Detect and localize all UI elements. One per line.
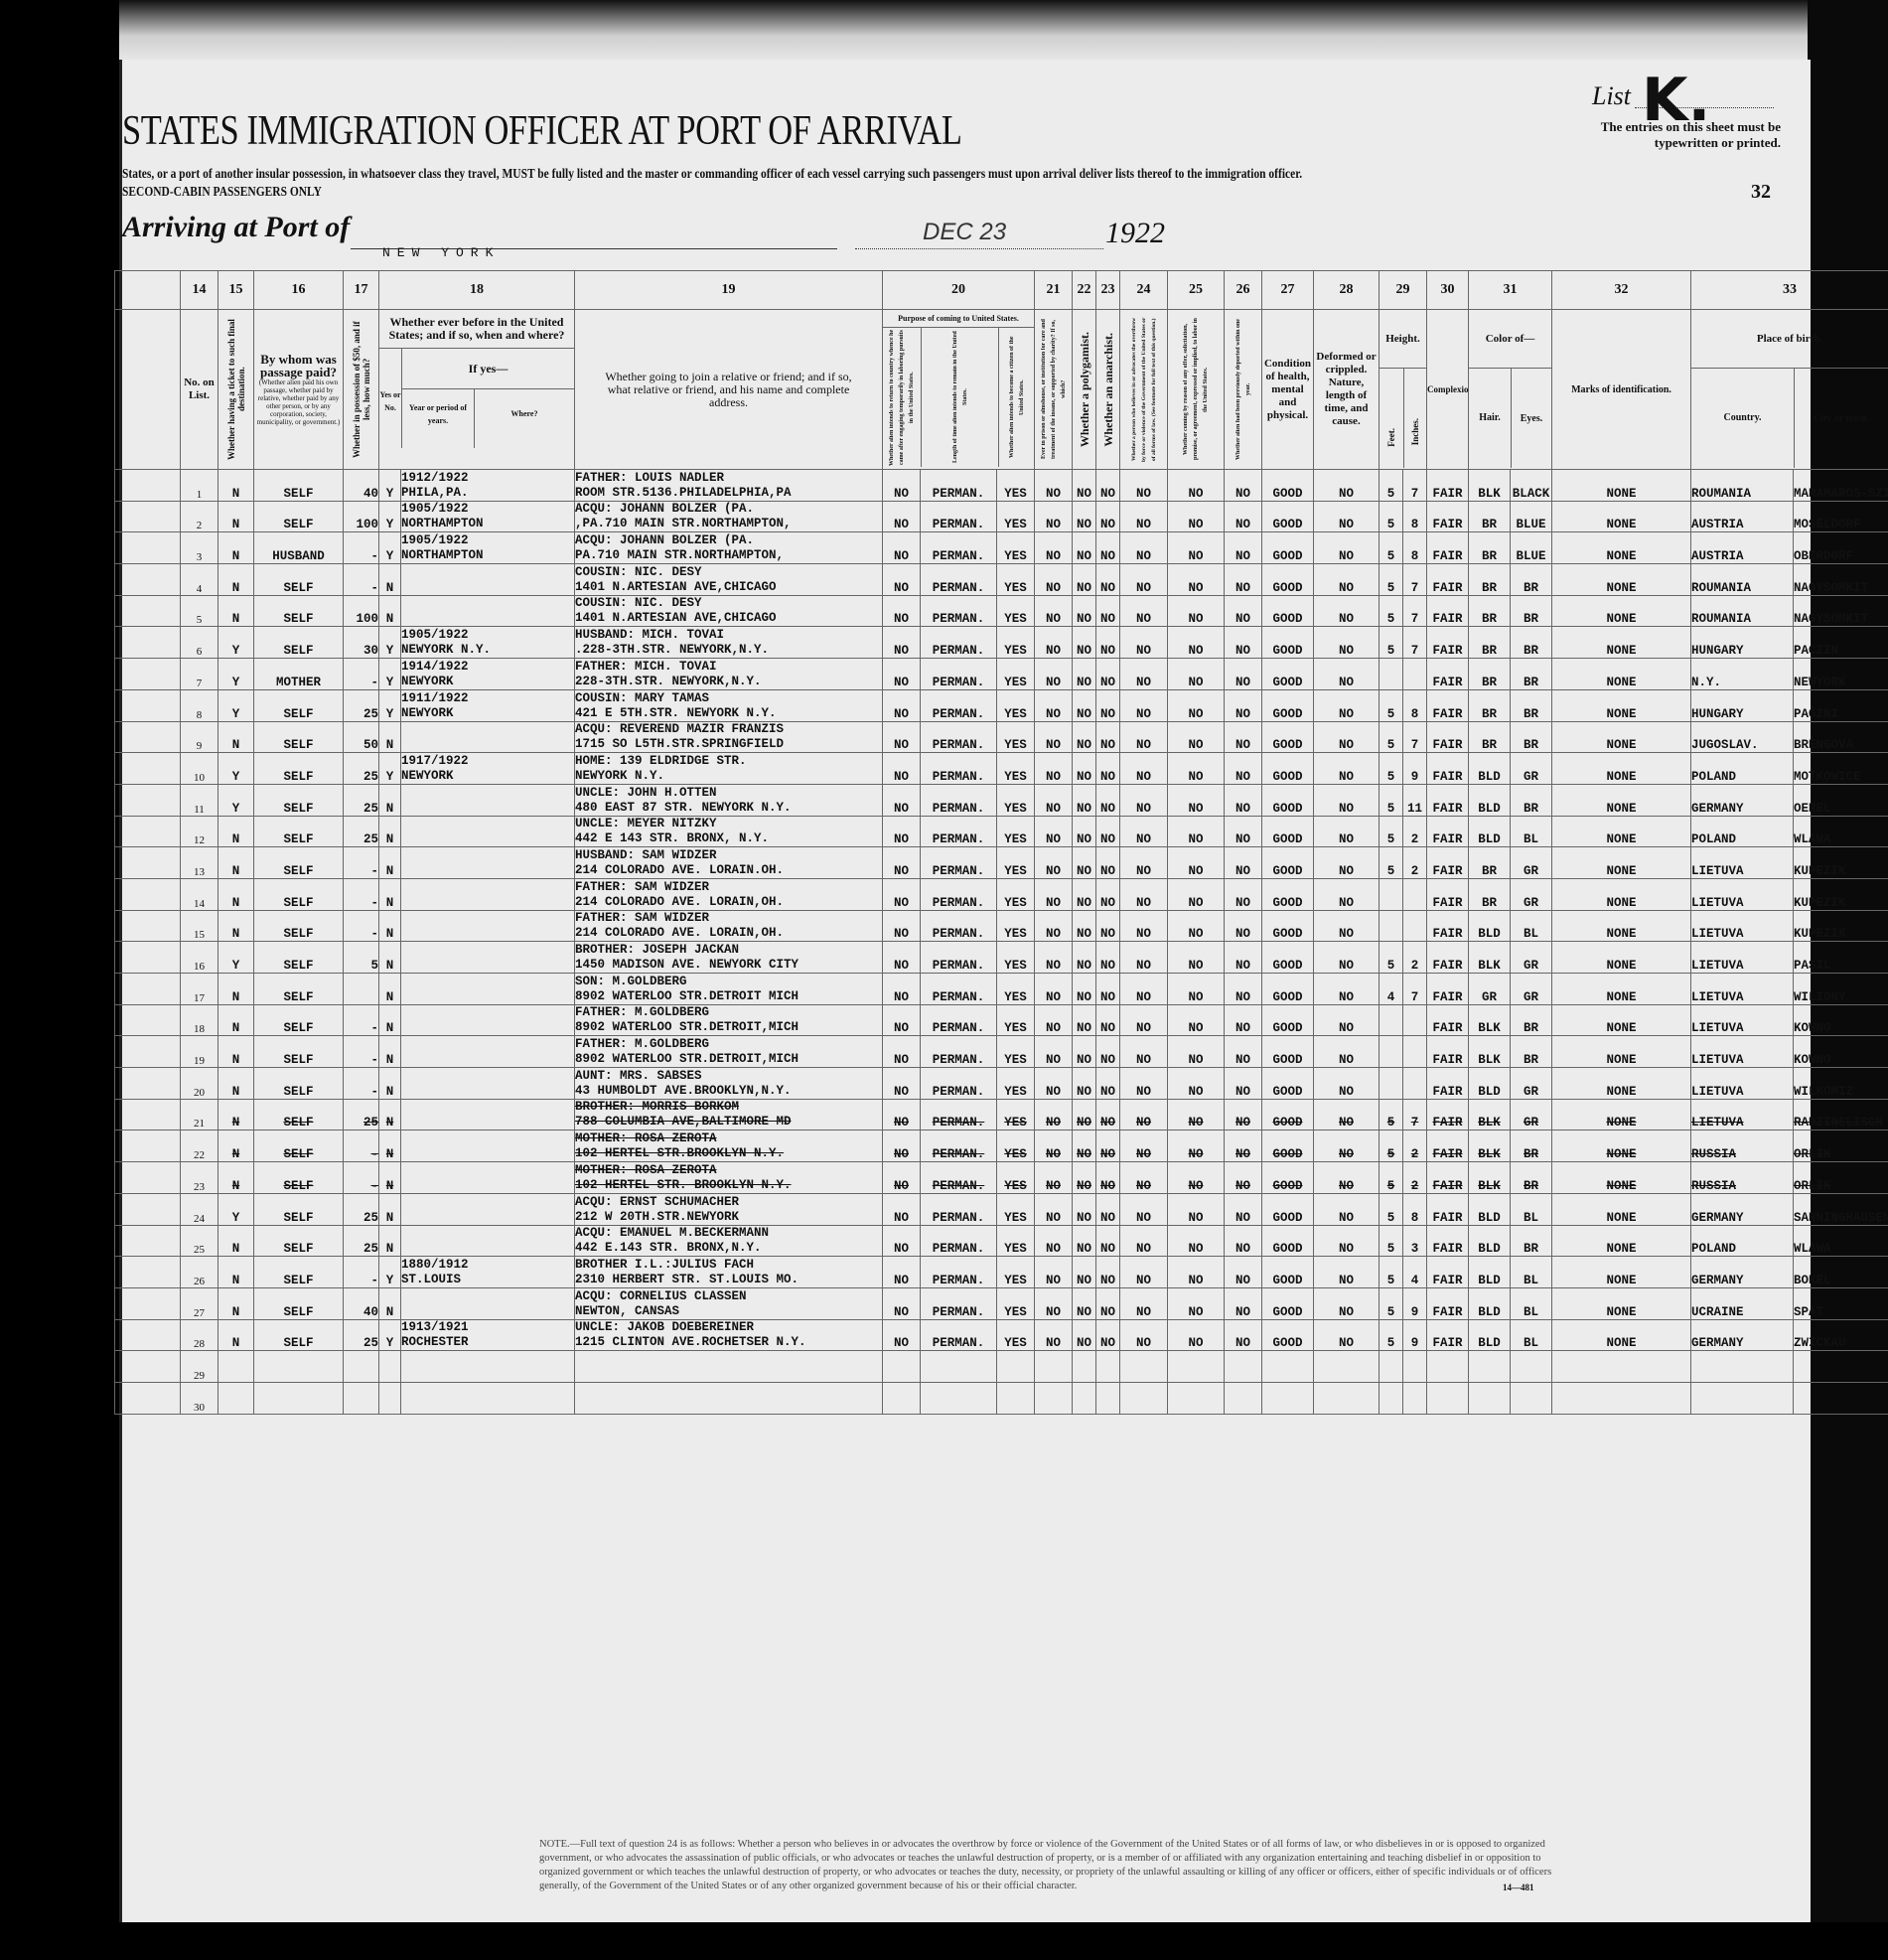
col-24-number: 24 bbox=[1120, 271, 1168, 310]
cell-hair: BLD bbox=[1469, 784, 1511, 816]
col-26-number: 26 bbox=[1225, 271, 1262, 310]
cell-advocates: NO bbox=[1120, 564, 1168, 596]
header-prison: Ever in prison or almshouse, or institut… bbox=[1039, 315, 1069, 464]
table-row: 12 N SELF 25 N UNCLE: MEYER NITZKY442 E … bbox=[115, 816, 1888, 847]
table-row: 10 Y SELF 25 Y 1917/1922NEWYORK HOME: 13… bbox=[115, 753, 1888, 785]
page-title: STATES IMMIGRATION OFFICER AT PORT OF AR… bbox=[122, 107, 962, 155]
cell-inches: 2 bbox=[1403, 1131, 1427, 1162]
cell-country: LIETUVA bbox=[1691, 1004, 1794, 1036]
cell-deported: NO bbox=[1225, 784, 1262, 816]
cell-intends-return: NO bbox=[883, 753, 921, 785]
cell-polygamist: NO bbox=[1073, 1131, 1096, 1162]
cell-anarchist: NO bbox=[1096, 1193, 1120, 1225]
cell-line-number: 26 bbox=[181, 1257, 218, 1288]
entries-note: The entries on this sheet must be typewr… bbox=[1552, 119, 1781, 151]
cell-money: - bbox=[344, 564, 379, 596]
cell-intends-citizen: YES bbox=[997, 942, 1035, 974]
cell-intends-citizen: YES bbox=[997, 1319, 1035, 1351]
cell-country: UCRAINE bbox=[1691, 1287, 1794, 1319]
cell-relative-address: 8902 WATERLOO STR.DETROIT,MICH bbox=[575, 1020, 882, 1035]
cell-eyes bbox=[1511, 1382, 1552, 1414]
cell-ticket: N bbox=[218, 564, 254, 596]
cell-before-where: NEWYORK bbox=[401, 769, 574, 784]
cell-anarchist: NO bbox=[1096, 1004, 1120, 1036]
cell-prison: NO bbox=[1035, 784, 1073, 816]
cell-marks: NONE bbox=[1552, 532, 1691, 564]
cell-health: GOOD bbox=[1262, 501, 1314, 532]
cell-intends-citizen: YES bbox=[997, 1036, 1035, 1068]
cell-city: BOKEL bbox=[1794, 1257, 1888, 1288]
cell-ticket: N bbox=[218, 1131, 254, 1162]
col-32-number: 32 bbox=[1552, 271, 1691, 310]
cell-feet: 5 bbox=[1380, 689, 1403, 721]
cell-line-number: 3 bbox=[181, 532, 218, 564]
cell-money: 30 bbox=[344, 627, 379, 659]
cell-marks: NONE bbox=[1552, 564, 1691, 596]
cell-polygamist: NO bbox=[1073, 1319, 1096, 1351]
cell-country: LIETUVA bbox=[1691, 942, 1794, 974]
cell-intends-return: NO bbox=[883, 1193, 921, 1225]
cell-hair: BLK bbox=[1469, 1131, 1511, 1162]
cell-marks: NONE bbox=[1552, 1257, 1691, 1288]
header-passage-paid-note: (Whether alien paid his own passage, whe… bbox=[254, 378, 343, 426]
cell-before-yes-no: Y bbox=[379, 532, 401, 564]
arrival-date: DEC 23 bbox=[923, 219, 1006, 246]
cell-before-yes-no: N bbox=[379, 847, 401, 879]
cell-marks: NONE bbox=[1552, 721, 1691, 753]
cell-before-yes-no: Y bbox=[379, 659, 401, 690]
cell-before-yes-no: N bbox=[379, 564, 401, 596]
cell-anarchist: NO bbox=[1096, 659, 1120, 690]
cell-prison: NO bbox=[1035, 689, 1073, 721]
cell-complexion: FAIR bbox=[1427, 816, 1469, 847]
cell-deported: NO bbox=[1225, 1319, 1262, 1351]
cell-prison: NO bbox=[1035, 878, 1073, 910]
cell-line-number: 7 bbox=[181, 659, 218, 690]
cell-prison: NO bbox=[1035, 1068, 1073, 1100]
cell-deformed bbox=[1314, 1382, 1380, 1414]
cell-city: KOWNO bbox=[1794, 1036, 1888, 1068]
cell-paid-by: SELF bbox=[254, 689, 344, 721]
cell-health: GOOD bbox=[1262, 1225, 1314, 1257]
cell-deported: NO bbox=[1225, 627, 1262, 659]
table-row: 9 N SELF 50 N ACQU: REVEREND MAZIR FRANZ… bbox=[115, 721, 1888, 753]
cell-prison: NO bbox=[1035, 1162, 1073, 1194]
cell-eyes: GR bbox=[1511, 753, 1552, 785]
cell-marks: NONE bbox=[1552, 1068, 1691, 1100]
cell-line-number: 28 bbox=[181, 1319, 218, 1351]
cell-inches bbox=[1403, 910, 1427, 942]
cell-polygamist: NO bbox=[1073, 942, 1096, 974]
cell-labor-offer: NO bbox=[1168, 753, 1225, 785]
cell-feet bbox=[1380, 1004, 1403, 1036]
cell-deformed: NO bbox=[1314, 1287, 1380, 1319]
cell-length-stay: PERMAN. bbox=[921, 753, 997, 785]
cell-deported bbox=[1225, 1382, 1262, 1414]
cell-relative-name: FATHER: M.GOLDBERG bbox=[575, 1005, 882, 1020]
cell-labor-offer: NO bbox=[1168, 1099, 1225, 1131]
cell-labor-offer: NO bbox=[1168, 1225, 1225, 1257]
cell-advocates: NO bbox=[1120, 1068, 1168, 1100]
cell-ticket: Y bbox=[218, 784, 254, 816]
cell-country: POLAND bbox=[1691, 1225, 1794, 1257]
cell-hair: BLD bbox=[1469, 1225, 1511, 1257]
cell-inches bbox=[1403, 1382, 1427, 1414]
cell-paid-by: SELF bbox=[254, 753, 344, 785]
cell-feet: 5 bbox=[1380, 816, 1403, 847]
cell-health: GOOD bbox=[1262, 1193, 1314, 1225]
passenger-class-label: SECOND-CABIN PASSENGERS ONLY bbox=[122, 185, 322, 201]
cell-before-yes-no: N bbox=[379, 1193, 401, 1225]
cell-eyes: BR bbox=[1511, 721, 1552, 753]
cell-ticket bbox=[218, 1351, 254, 1383]
cell-prison: NO bbox=[1035, 847, 1073, 879]
cell-deformed: NO bbox=[1314, 532, 1380, 564]
cell-anarchist: NO bbox=[1096, 564, 1120, 596]
cell-hair: BR bbox=[1469, 878, 1511, 910]
cell-intends-return: NO bbox=[883, 784, 921, 816]
cell-before-yes-no: N bbox=[379, 816, 401, 847]
cell-ticket: Y bbox=[218, 627, 254, 659]
cell-city: WLAWA bbox=[1794, 1225, 1888, 1257]
table-row: 28 N SELF 25 Y 1913/1921ROCHESTER UNCLE:… bbox=[115, 1319, 1888, 1351]
cell-line-number: 15 bbox=[181, 910, 218, 942]
cell-complexion: FAIR bbox=[1427, 784, 1469, 816]
cell-eyes: BL bbox=[1511, 910, 1552, 942]
cell-labor-offer: NO bbox=[1168, 501, 1225, 532]
col-15-number: 15 bbox=[218, 271, 254, 310]
cell-labor-offer: NO bbox=[1168, 1004, 1225, 1036]
cell-intends-return: NO bbox=[883, 878, 921, 910]
cell-before-yes-no: N bbox=[379, 784, 401, 816]
cell-hair: BLK bbox=[1469, 942, 1511, 974]
cell-intends-return: NO bbox=[883, 1068, 921, 1100]
cell-before-yes-no: N bbox=[379, 942, 401, 974]
cell-polygamist: NO bbox=[1073, 1036, 1096, 1068]
cell-deported: NO bbox=[1225, 847, 1262, 879]
cell-deformed: NO bbox=[1314, 1099, 1380, 1131]
cell-labor-offer: NO bbox=[1168, 564, 1225, 596]
cell-ticket: Y bbox=[218, 659, 254, 690]
cell-deported: NO bbox=[1225, 1193, 1262, 1225]
cell-ticket bbox=[218, 1382, 254, 1414]
cell-money bbox=[344, 1382, 379, 1414]
cell-before-years: 1880/1912 bbox=[401, 1258, 574, 1273]
table-row: 17 N SELF N SON: M.GOLDBERG8902 WATERLOO… bbox=[115, 974, 1888, 1005]
cell-hair bbox=[1469, 1351, 1511, 1383]
table-row: 30 bbox=[115, 1382, 1888, 1414]
header-join-relative: Whether going to join a relative or frie… bbox=[575, 310, 883, 470]
cell-eyes: BL bbox=[1511, 1193, 1552, 1225]
cell-ticket: N bbox=[218, 847, 254, 879]
cell-relative-name: UNCLE: MEYER NITZKY bbox=[575, 817, 882, 831]
cell-eyes: BL bbox=[1511, 1319, 1552, 1351]
cell-paid-by: HUSBAND bbox=[254, 532, 344, 564]
cell-before-yes-no: N bbox=[379, 910, 401, 942]
cell-labor-offer: NO bbox=[1168, 1131, 1225, 1162]
cell-country: GERMANY bbox=[1691, 1257, 1794, 1288]
cell-prison: NO bbox=[1035, 721, 1073, 753]
cell-relative-address: 442 E 143 STR. BRONX, N.Y. bbox=[575, 831, 882, 846]
cell-feet: 5 bbox=[1380, 1162, 1403, 1194]
cell-intends-return: NO bbox=[883, 470, 921, 502]
cell-money bbox=[344, 974, 379, 1005]
table-row: 21 N SELF 25 N BROTHER: MORRIS BORKOM788… bbox=[115, 1099, 1888, 1131]
cell-health: GOOD bbox=[1262, 878, 1314, 910]
cell-inches: 8 bbox=[1403, 1193, 1427, 1225]
cell-feet bbox=[1380, 1382, 1403, 1414]
table-row: 6 Y SELF 30 Y 1905/1922NEWYORK N.Y. HUSB… bbox=[115, 627, 1888, 659]
cell-deported: NO bbox=[1225, 942, 1262, 974]
cell-city: PAGZNI bbox=[1794, 689, 1888, 721]
cell-advocates: NO bbox=[1120, 470, 1168, 502]
cell-health: GOOD bbox=[1262, 595, 1314, 627]
cell-intends-return: NO bbox=[883, 847, 921, 879]
table-row: 18 N SELF - N FATHER: M.GOLDBERG8902 WAT… bbox=[115, 1004, 1888, 1036]
cell-before-years: 1913/1921 bbox=[401, 1320, 574, 1335]
cell-marks: NONE bbox=[1552, 1004, 1691, 1036]
cell-relative-name: HOME: 139 ELDRIDGE STR. bbox=[575, 754, 882, 769]
cell-country: RUSSIA bbox=[1691, 1131, 1794, 1162]
header-city: City or town. bbox=[1795, 412, 1888, 425]
table-row: 22 N SELF - N MOTHER: ROSA ZEROTA102 HER… bbox=[115, 1131, 1888, 1162]
cell-length-stay: PERMAN. bbox=[921, 1004, 997, 1036]
cell-health bbox=[1262, 1351, 1314, 1383]
cell-hair: BLK bbox=[1469, 1099, 1511, 1131]
cell-relative-address: 1715 SO L5TH.STR.SPRINGFIELD bbox=[575, 737, 882, 752]
cell-deformed: NO bbox=[1314, 501, 1380, 532]
cell-health: GOOD bbox=[1262, 1036, 1314, 1068]
cell-polygamist: NO bbox=[1073, 753, 1096, 785]
cell-intends-citizen: YES bbox=[997, 689, 1035, 721]
cell-anarchist: NO bbox=[1096, 1319, 1120, 1351]
cell-health: GOOD bbox=[1262, 1319, 1314, 1351]
cell-deported: NO bbox=[1225, 1287, 1262, 1319]
header-marks: Marks of identification. bbox=[1552, 310, 1691, 470]
cell-city: KOWNO bbox=[1794, 1004, 1888, 1036]
cell-country: RUSSIA bbox=[1691, 1162, 1794, 1194]
cell-advocates bbox=[1120, 1382, 1168, 1414]
cell-line-number: 30 bbox=[181, 1382, 218, 1414]
cell-marks: NONE bbox=[1552, 1193, 1691, 1225]
cell-before-where: NEWYORK bbox=[401, 675, 574, 689]
cell-complexion: FAIR bbox=[1427, 721, 1469, 753]
form-number: 14—481 bbox=[1503, 1883, 1534, 1892]
cell-eyes: BL bbox=[1511, 1287, 1552, 1319]
cell-intends-citizen: YES bbox=[997, 1004, 1035, 1036]
col-21-number: 21 bbox=[1035, 271, 1073, 310]
cell-before-yes-no: N bbox=[379, 1131, 401, 1162]
cell-city bbox=[1794, 1382, 1888, 1414]
cell-polygamist: NO bbox=[1073, 1099, 1096, 1131]
port-value: NEW YORK bbox=[382, 245, 500, 260]
cell-deported: NO bbox=[1225, 816, 1262, 847]
cell-country: HUNGARY bbox=[1691, 689, 1794, 721]
cell-money: 25 bbox=[344, 689, 379, 721]
cell-line-number: 19 bbox=[181, 1036, 218, 1068]
cell-inches: 2 bbox=[1403, 847, 1427, 879]
cell-city: NAGYSOMKIT bbox=[1794, 595, 1888, 627]
cell-relative-address: 102 HERTEL STR.BROOKLYN N.Y. bbox=[575, 1146, 882, 1161]
cell-relative-name: HUSBAND: SAM WIDZER bbox=[575, 848, 882, 863]
cell-marks: NONE bbox=[1552, 1099, 1691, 1131]
header-yes-no: Yes or No. bbox=[379, 349, 402, 448]
cell-health: GOOD bbox=[1262, 627, 1314, 659]
cell-line-number: 9 bbox=[181, 721, 218, 753]
cell-deported: NO bbox=[1225, 470, 1262, 502]
cell-health: GOOD bbox=[1262, 1131, 1314, 1162]
cell-relative-address: NEWYORK N.Y. bbox=[575, 769, 882, 784]
cell-country: LIETUVA bbox=[1691, 847, 1794, 879]
cell-prison: NO bbox=[1035, 1319, 1073, 1351]
cell-city: KUPEZIK bbox=[1794, 847, 1888, 879]
cell-before-yes-no: N bbox=[379, 721, 401, 753]
cell-money: - bbox=[344, 1257, 379, 1288]
cell-country: ROUMANIA bbox=[1691, 564, 1794, 596]
cell-paid-by: MOTHER bbox=[254, 659, 344, 690]
list-label: List bbox=[1592, 81, 1631, 111]
cell-line-number: 21 bbox=[181, 1099, 218, 1131]
cell-eyes: BR bbox=[1511, 1004, 1552, 1036]
cell-before-yes-no: N bbox=[379, 1036, 401, 1068]
cell-intends-citizen: YES bbox=[997, 1257, 1035, 1288]
cell-paid-by: SELF bbox=[254, 1162, 344, 1194]
cell-prison bbox=[1035, 1382, 1073, 1414]
cell-polygamist: NO bbox=[1073, 910, 1096, 942]
cell-advocates: NO bbox=[1120, 816, 1168, 847]
cell-ticket: N bbox=[218, 595, 254, 627]
cell-feet: 5 bbox=[1380, 1099, 1403, 1131]
cell-intends-return bbox=[883, 1351, 921, 1383]
cell-intends-return: NO bbox=[883, 1319, 921, 1351]
cell-line-number: 14 bbox=[181, 878, 218, 910]
cell-hair: BR bbox=[1469, 721, 1511, 753]
cell-anarchist: NO bbox=[1096, 1162, 1120, 1194]
cell-paid-by: SELF bbox=[254, 1287, 344, 1319]
cell-marks: NONE bbox=[1552, 689, 1691, 721]
cell-eyes: GR bbox=[1511, 847, 1552, 879]
cell-polygamist: NO bbox=[1073, 1068, 1096, 1100]
cell-eyes: GR bbox=[1511, 878, 1552, 910]
cell-ticket: N bbox=[218, 1004, 254, 1036]
cell-feet bbox=[1380, 1351, 1403, 1383]
cell-advocates: NO bbox=[1120, 1004, 1168, 1036]
col-30-number: 30 bbox=[1427, 271, 1469, 310]
cell-inches: 11 bbox=[1403, 784, 1427, 816]
cell-hair: BLD bbox=[1469, 753, 1511, 785]
header-deported: Whether alien had been previously deport… bbox=[1234, 315, 1253, 464]
cell-hair: BLD bbox=[1469, 1287, 1511, 1319]
cell-hair: BR bbox=[1469, 847, 1511, 879]
cell-feet: 5 bbox=[1380, 942, 1403, 974]
cell-paid-by: SELF bbox=[254, 878, 344, 910]
cell-eyes: BL bbox=[1511, 816, 1552, 847]
cell-intends-citizen: YES bbox=[997, 659, 1035, 690]
cell-relative-address: 480 EAST 87 STR. NEWYORK N.Y. bbox=[575, 801, 882, 816]
cell-advocates: NO bbox=[1120, 721, 1168, 753]
cell-complexion: FAIR bbox=[1427, 974, 1469, 1005]
cell-feet: 5 bbox=[1380, 1319, 1403, 1351]
cell-ticket: Y bbox=[218, 753, 254, 785]
header-eyes: Eyes. bbox=[1512, 412, 1551, 425]
cell-deported: NO bbox=[1225, 878, 1262, 910]
cell-line-number: 18 bbox=[181, 1004, 218, 1036]
header-labor-offer: Whether coming by reason of any offer, s… bbox=[1181, 315, 1211, 464]
cell-money: 100 bbox=[344, 501, 379, 532]
cell-inches bbox=[1403, 1004, 1427, 1036]
cell-deported: NO bbox=[1225, 1004, 1262, 1036]
col-25-number: 25 bbox=[1168, 271, 1225, 310]
cell-marks: NONE bbox=[1552, 753, 1691, 785]
cell-complexion bbox=[1427, 1382, 1469, 1414]
cell-country: AUSTRIA bbox=[1691, 501, 1794, 532]
cell-ticket: N bbox=[218, 1036, 254, 1068]
cell-polygamist: NO bbox=[1073, 595, 1096, 627]
cell-polygamist: NO bbox=[1073, 689, 1096, 721]
cell-deformed: NO bbox=[1314, 1319, 1380, 1351]
cell-prison: NO bbox=[1035, 532, 1073, 564]
cell-city: BRENGOVA bbox=[1794, 721, 1888, 753]
table-row: 15 N SELF - N FATHER: SAM WIDZER214 COLO… bbox=[115, 910, 1888, 942]
cell-before-yes-no: Y bbox=[379, 627, 401, 659]
cell-paid-by bbox=[254, 1382, 344, 1414]
cell-health: GOOD bbox=[1262, 974, 1314, 1005]
cell-advocates bbox=[1120, 1351, 1168, 1383]
cell-intends-citizen: YES bbox=[997, 1193, 1035, 1225]
cell-advocates: NO bbox=[1120, 910, 1168, 942]
cell-complexion: FAIR bbox=[1427, 1068, 1469, 1100]
cell-advocates: NO bbox=[1120, 784, 1168, 816]
cell-intends-return: NO bbox=[883, 1004, 921, 1036]
cell-intends-return: NO bbox=[883, 659, 921, 690]
cell-relative-name: ACQU: REVEREND MAZIR FRANZIS bbox=[575, 722, 882, 737]
cell-relative-address: 8902 WATERLOO STR.DETROIT MICH bbox=[575, 989, 882, 1004]
cell-intends-return: NO bbox=[883, 1099, 921, 1131]
table-row: 23 N SELF - N MOTHER: ROSA ZEROTA102 HER… bbox=[115, 1162, 1888, 1194]
cell-health: GOOD bbox=[1262, 910, 1314, 942]
cell-inches: 8 bbox=[1403, 501, 1427, 532]
cell-ticket: N bbox=[218, 470, 254, 502]
cell-inches: 2 bbox=[1403, 1162, 1427, 1194]
cell-money: 25 bbox=[344, 1193, 379, 1225]
table-row: 13 N SELF - N HUSBAND: SAM WIDZER214 COL… bbox=[115, 847, 1888, 879]
cell-line-number: 13 bbox=[181, 847, 218, 879]
cell-anarchist: NO bbox=[1096, 784, 1120, 816]
cell-polygamist: NO bbox=[1073, 470, 1096, 502]
cell-city: MARAMAROS-SZIGET bbox=[1794, 470, 1888, 502]
cell-length-stay: PERMAN. bbox=[921, 1287, 997, 1319]
cell-paid-by: SELF bbox=[254, 816, 344, 847]
cell-relative-name: ACQU: ERNST SCHUMACHER bbox=[575, 1195, 882, 1210]
cell-deformed: NO bbox=[1314, 942, 1380, 974]
cell-inches bbox=[1403, 1036, 1427, 1068]
cell-complexion: FAIR bbox=[1427, 847, 1469, 879]
cell-deformed bbox=[1314, 1351, 1380, 1383]
cell-advocates: NO bbox=[1120, 1131, 1168, 1162]
cell-before-where: ST.LOUIS bbox=[401, 1273, 574, 1287]
cell-feet: 5 bbox=[1380, 595, 1403, 627]
col-18-number: 18 bbox=[379, 271, 575, 310]
cell-inches: 2 bbox=[1403, 816, 1427, 847]
cell-health: GOOD bbox=[1262, 753, 1314, 785]
cell-intends-citizen: YES bbox=[997, 816, 1035, 847]
cell-eyes: BR bbox=[1511, 1225, 1552, 1257]
cell-prison: NO bbox=[1035, 753, 1073, 785]
cell-hair: BR bbox=[1469, 627, 1511, 659]
cell-ticket: N bbox=[218, 501, 254, 532]
cell-feet: 5 bbox=[1380, 1225, 1403, 1257]
cell-anarchist: NO bbox=[1096, 689, 1120, 721]
